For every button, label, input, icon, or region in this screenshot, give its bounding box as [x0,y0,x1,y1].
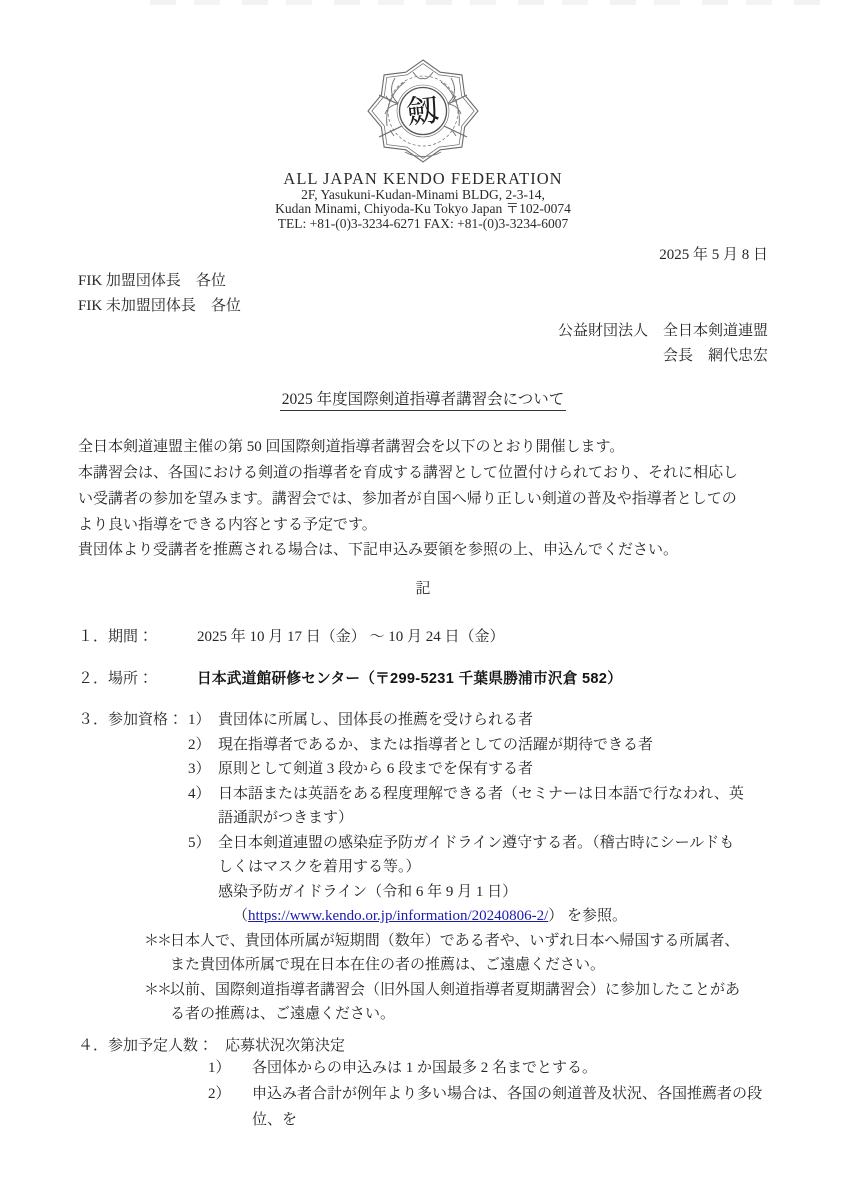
note-line: る者の推薦は、ご遠慮ください。 [170,1002,768,1027]
subitem-text-line: 原則として剣道 3 段から 6 段までを保有する者 [218,757,768,782]
note: ＊＊ 以前、国際剣道指導者講習会（旧外国人剣道指導者夏期講習会）に参加したことが… [144,978,768,1027]
intro-line: 本講習会は、各国における剣道の指導者を育成する講習として位置付けられており、それ… [78,461,768,487]
note-line: また貴団体所属で現在日本在住の者の推薦は、ご遠慮ください。 [170,953,768,978]
eligibility-subitem: 3） 原則として剣道 3 段から 6 段までを保有する者 [188,757,768,782]
eligibility-notes: ＊＊ 日本人で、貴団体所属が短期間（数年）である者や、いずれ日本へ帰国する所属者… [144,929,768,1027]
participants-subitem: 2） 申込み者合計が例年より多い場合は、各国の剣道普及状況、各国推薦者の段位、を [208,1081,768,1133]
subitem-text-line: しくはマスクを着用する等。） [218,855,768,880]
address-line-2: Kudan Minami, Chiyoda-Ku Tokyo Japan 〒10… [78,202,768,216]
address-line-1: 2F, Yasukuni-Kudan-Minami BLDG, 2-3-14, [78,188,768,202]
guideline-link[interactable]: https://www.kendo.or.jp/information/2024… [248,908,548,924]
item-label: 参加予定人数： [108,1038,213,1054]
eligibility-subitem: 4） 日本語または英語をある程度理解できる者（セミナーは日本語で行なわれ、英 語… [188,782,768,831]
subitem-text-line: 全日本剣道連盟の感染症予防ガイドライン遵守する者。（稽古時にシールドも [218,831,768,856]
subitem-text-line: 日本語または英語をある程度理解できる者（セミナーは日本語で行なわれ、英 [218,782,768,807]
item-eligibility: ３．参加資格： 1） 貴団体に所属し、団体長の推薦を受けられる者 2） 現在指導… [78,708,768,929]
item-number: ４． [78,1038,108,1054]
sender-organization: 公益財団法人 全日本剣道連盟 [78,319,768,344]
eligibility-subitem: 1） 貴団体に所属し、団体長の推薦を受けられる者 [188,708,768,733]
scan-artifact-strip [150,0,838,5]
intro-line: 貴団体より受講者を推薦される場合は、下記申込み要領を参照の上、申込んでください。 [78,538,768,564]
item-number: ２． [78,671,108,687]
document-title: 2025 年度国際剣道指導者講習会について [78,389,768,411]
subitem-text-line: 貴団体に所属し、団体長の推薦を受けられる者 [218,708,768,733]
sender-block: 公益財団法人 全日本剣道連盟 会長 網代忠宏 [78,319,768,368]
kendo-federation-emblem-logo: 劔 [357,54,489,168]
recipient-line-2: FIK 未加盟団体長 各位 [78,294,768,319]
item-period: １．期間： 2025 年 10 月 17 日（金） ～ 10 月 24 日（金） [78,625,768,646]
subitem-text-line: 現在指導者であるか、または指導者としての活躍が期待できる者 [218,733,768,758]
subitem-number: 4） [188,782,218,831]
item-label: 参加資格： [108,712,183,728]
phone-fax-line: TEL: +81-(0)3-3234-6271 FAX: +81-(0)3-32… [78,217,768,231]
note-line: 以前、国際剣道指導者講習会（旧外国人剣道指導者夏期講習会）に参加したことがあ [170,978,768,1003]
note-marker: ＊＊ [144,929,170,978]
item-label: 期間： [108,629,153,645]
subitem-number: 2） [188,733,218,758]
recipient-line-1: FIK 加盟団体長 各位 [78,269,768,294]
participants-value: 応募状況次第決定 [225,1034,345,1055]
venue-value: 日本武道館研修センター（〒299-5231 千葉県勝浦市沢倉 582） [197,667,622,688]
subitem-number: 3） [188,757,218,782]
participants-subitem: 1） 各団体からの申込みは 1 か国最多 2 名までとする。 [208,1055,768,1081]
recipient-block: FIK 加盟団体長 各位 FIK 未加盟団体長 各位 [78,269,768,318]
subitem-number: 2） [208,1081,252,1133]
period-value: 2025 年 10 月 17 日（金） ～ 10 月 24 日（金） [197,625,505,646]
link-close-text: ） を参照。 [548,908,627,924]
subitem-number: 1） [208,1055,252,1081]
participants-sublist: 1） 各団体からの申込みは 1 か国最多 2 名までとする。 2） 申込み者合計… [208,1055,768,1133]
intro-line: い受講者の参加を望みます。講習会では、参加者が自国へ帰り正しい剣道の普及や指導者… [78,487,768,513]
link-open-paren: （ [233,908,248,924]
issue-date: 2025 年 5 月 8 日 [78,244,768,266]
intro-paragraph: 全日本剣道連盟主催の第 50 回国際剣道指導者講習会を以下のとおり開催します。 … [78,435,768,564]
eligibility-subitem: 5） 全日本剣道連盟の感染症予防ガイドライン遵守する者。（稽古時にシールドも し… [188,831,768,929]
note-marker: ＊＊ [144,978,170,1027]
sender-president: 会長 網代忠宏 [78,344,768,369]
document-page: 劔 ALL JAPAN KENDO FEDERATION 2F, Yasukun… [0,0,844,1200]
item-number: １． [78,629,108,645]
subitem-text-line: 各団体からの申込みは 1 か国最多 2 名までとする。 [252,1055,768,1081]
subitem-text-line: 感染予防ガイドライン（令和 6 年 9 月 1 日） [218,880,768,905]
subitem-text-line: 語通訳がつきます） [218,806,768,831]
record-marker: 記 [78,577,768,602]
guideline-link-line: （https://www.kendo.or.jp/information/202… [233,904,768,929]
note-line: 日本人で、貴団体所属が短期間（数年）である者や、いずれ日本へ帰国する所属者、 [170,929,768,954]
item-number: ３． [78,712,108,728]
emblem-kanji: 劔 [405,91,441,130]
intro-line: より良い指導をできる内容とする予定です。 [78,513,768,539]
item-participants: ４．参加予定人数： 応募状況次第決定 [78,1034,768,1055]
note: ＊＊ 日本人で、貴団体所属が短期間（数年）である者や、いずれ日本へ帰国する所属者… [144,929,768,978]
subitem-number: 1） [188,708,218,733]
intro-line: 全日本剣道連盟主催の第 50 回国際剣道指導者講習会を以下のとおり開催します。 [78,435,768,461]
subitem-number: 5） [188,831,218,929]
item-label: 場所： [108,671,153,687]
subitem-text-line: 申込み者合計が例年より多い場合は、各国の剣道普及状況、各国推薦者の段位、を [252,1081,768,1133]
item-venue: ２．場所： 日本武道館研修センター（〒299-5231 千葉県勝浦市沢倉 582… [78,667,768,688]
org-name: ALL JAPAN KENDO FEDERATION [78,170,768,188]
eligibility-subitem: 2） 現在指導者であるか、または指導者としての活躍が期待できる者 [188,733,768,758]
